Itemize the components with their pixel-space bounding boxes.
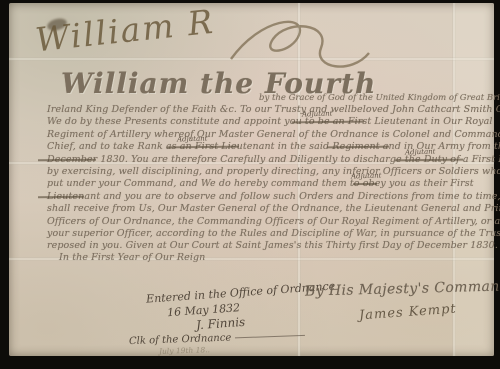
body-line: Regiment of Artillery whereof Our Master…: [47, 129, 466, 140]
body-line: shall receive from Us, Our Master Genera…: [47, 203, 466, 214]
reign-line: In the First Year of Our Reign: [59, 252, 466, 263]
body-line: your superior Officer, according to the …: [47, 228, 466, 239]
photo-background: William R William the Fourth by the Grac…: [0, 0, 500, 369]
amendment-note: Adjutant: [302, 109, 333, 118]
body-line: We do by these Presents constitute and a…: [47, 116, 466, 127]
body-line: by exercising, well disciplining, and pr…: [47, 166, 466, 177]
amendment-note: Adjutant: [177, 134, 208, 143]
strikethrough-mark: [353, 183, 377, 185]
ink-rule: [235, 335, 305, 338]
body-line: Chief, and to take Rank as an First Lieu…: [47, 141, 466, 152]
pencil-note: July 19th 18..: [159, 345, 210, 356]
clerk-title-text: Clk of the Ordnance: [129, 333, 232, 348]
body-line: Ireland King Defender of the Faith &c. T…: [47, 104, 466, 115]
body-line: put under your Command, and We do hereby…: [47, 178, 466, 189]
royal-signature: William R: [33, 2, 216, 60]
title-continuation-line: by the Grace of God of the United Kingdo…: [259, 93, 500, 103]
document-paper: William R William the Fourth by the Grac…: [9, 3, 494, 356]
amendment-note: Adjutant: [405, 147, 436, 156]
body-line: reposed in you. Given at Our Court at Sa…: [47, 240, 466, 251]
amendment-note: Adjutant: [351, 171, 382, 180]
body-line: Officers of Our Ordnance, the Commanding…: [47, 216, 466, 227]
body-line: Lieutenant and you are to observe and fo…: [47, 191, 466, 202]
countersignature: James Kempt: [359, 302, 458, 324]
